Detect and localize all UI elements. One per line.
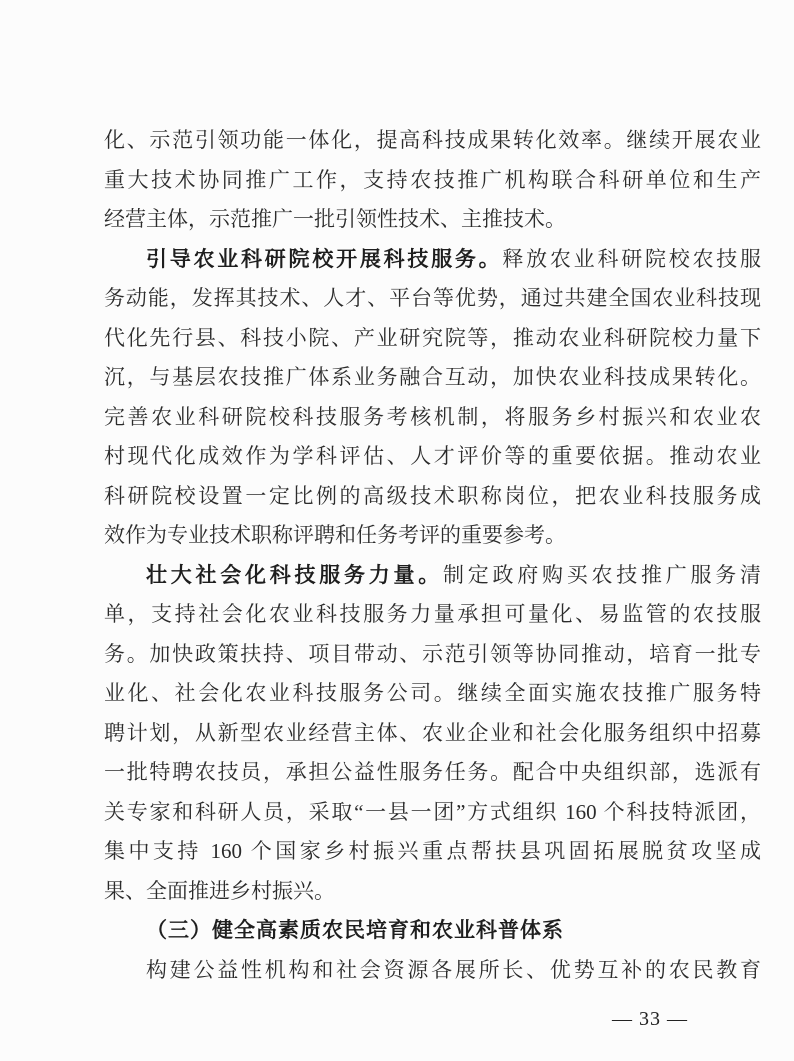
line-text: 关专家和科研人员，采取“一县一团”方式组织 160 个科技特派团， [104,800,761,824]
text-line: 务动能，发挥其技术、人才、平台等优势，通过共建全国农业科技现 [104,279,761,319]
text-line: 化、示范引领功能一体化，提高科技成果转化效率。继续开展农业 [104,121,761,161]
text-line: 聘计划，从新型农业经营主体、农业企业和社会化服务组织中招募 [104,714,761,754]
line-text: 沉，与基层农技推广体系业务融合互动，加快农业科技成果转化。 [104,365,761,389]
text-line: 沉，与基层农技推广体系业务融合互动，加快农业科技成果转化。 [104,358,761,398]
line-text: 村现代化成效作为学科评估、人才评价等的重要依据。推动农业 [104,444,761,468]
text-line: 关专家和科研人员，采取“一县一团”方式组织 160 个科技特派团， [104,793,761,833]
line-text: 效作为专业技术职称评聘和任务考评的重要参考。 [104,523,566,547]
text-line: 集中支持 160 个国家乡村振兴重点帮扶县巩固拓展脱贫攻坚成 [104,832,761,872]
page-number: — 33 — [596,1008,704,1031]
text-line: 构建公益性机构和社会资源各展所长、优势互补的农民教育 [104,951,761,991]
line-text: 科研院校设置一定比例的高级技术职称岗位，把农业科技服务成 [104,484,761,508]
line-text: 果、全面推进乡村振兴。 [104,879,335,903]
line-text: 集中支持 160 个国家乡村振兴重点帮扶县巩固拓展脱贫攻坚成 [104,839,761,863]
line-text: 聘计划，从新型农业经营主体、农业企业和社会化服务组织中招募 [104,721,761,745]
line-text: 制定政府购买农技推广服务清 [443,563,761,587]
text-line: 壮大社会化科技服务力量。制定政府购买农技推广服务清 [104,556,761,596]
line-text: 经营主体，示范推广一批引领性技术、主推技术。 [104,207,566,231]
text-line: 引导农业科研院校开展科技服务。释放农业科研院校农技服 [104,240,761,280]
line-text: 一批特聘农技员，承担公益性服务任务。配合中央组织部，选派有 [104,760,761,784]
text-line: 完善农业科研院校科技服务考核机制，将服务乡村振兴和农业农 [104,398,761,438]
line-text: 务。加快政策扶持、项目带动、示范引领等协同推动，培育一批专 [104,642,761,666]
line-text: （三）健全高素质农民培育和农业科普体系 [146,918,564,942]
text-line: 重大技术协同推广工作，支持农技推广机构联合科研单位和生产 [104,161,761,201]
text-line: 经营主体，示范推广一批引领性技术、主推技术。 [104,200,761,240]
line-text: 单，支持社会化农业科技服务力量承担可量化、易监管的农技服 [104,602,761,626]
text-line: 代化先行县、科技小院、产业研究院等，推动农业科研院校力量下 [104,319,761,359]
line-text: 务动能，发挥其技术、人才、平台等优势，通过共建全国农业科技现 [104,286,761,310]
line-text: 化、示范引领功能一体化，提高科技成果转化效率。继续开展农业 [104,128,761,152]
paragraph-lead-bold: 壮大社会化科技服务力量。 [146,563,443,587]
line-text: 释放农业科研院校农技服 [502,247,761,271]
text-line: 务。加快政策扶持、项目带动、示范引领等协同推动，培育一批专 [104,635,761,675]
line-text: 业化、社会化农业科技服务公司。继续全面实施农技推广服务特 [104,681,761,705]
line-text: 构建公益性机构和社会资源各展所长、优势互补的农民教育 [146,958,761,982]
line-text: 完善农业科研院校科技服务考核机制，将服务乡村振兴和农业农 [104,405,761,429]
text-line: 单，支持社会化农业科技服务力量承担可量化、易监管的农技服 [104,595,761,635]
text-line: 效作为专业技术职称评聘和任务考评的重要参考。 [104,516,761,556]
document-page: 化、示范引领功能一体化，提高科技成果转化效率。继续开展农业重大技术协同推广工作，… [0,0,794,1061]
text-line: 科研院校设置一定比例的高级技术职称岗位，把农业科技服务成 [104,477,761,517]
line-text: 重大技术协同推广工作，支持农技推广机构联合科研单位和生产 [104,168,761,192]
text-line: 一批特聘农技员，承担公益性服务任务。配合中央组织部，选派有 [104,753,761,793]
text-line: 果、全面推进乡村振兴。 [104,872,761,912]
document-body: 化、示范引领功能一体化，提高科技成果转化效率。继续开展农业重大技术协同推广工作，… [104,121,761,990]
text-line: 业化、社会化农业科技服务公司。继续全面实施农技推广服务特 [104,674,761,714]
text-line: （三）健全高素质农民培育和农业科普体系 [104,911,761,951]
line-text: 代化先行县、科技小院、产业研究院等，推动农业科研院校力量下 [104,326,761,350]
paragraph-lead-bold: 引导农业科研院校开展科技服务。 [146,247,502,271]
text-line: 村现代化成效作为学科评估、人才评价等的重要依据。推动农业 [104,437,761,477]
